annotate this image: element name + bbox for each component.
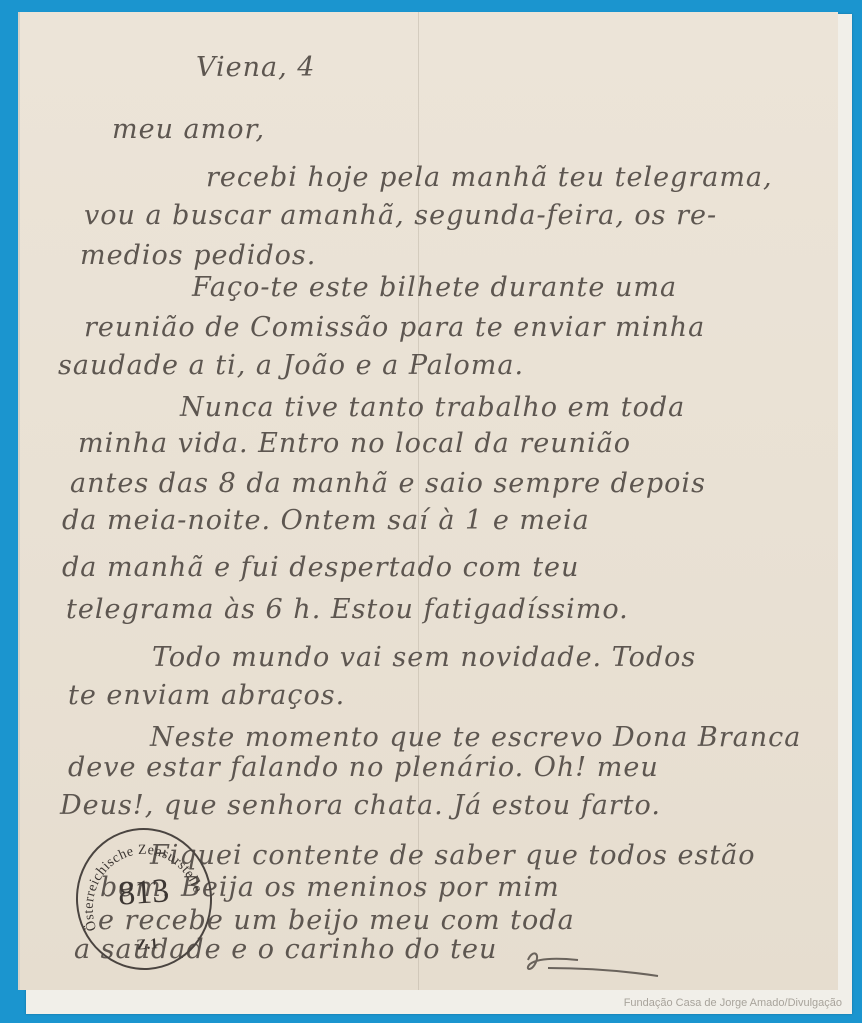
censor-stamp: Österreichische Zensurstelle 813 Z.1: [71, 823, 217, 974]
letter-line: te enviam abraços.: [68, 680, 345, 711]
letter-line: recebi hoje pela manhã teu telegrama,: [206, 162, 773, 193]
letter-line: Fiquei contente de saber que todos estão: [150, 840, 756, 871]
photo-credit: Fundação Casa de Jorge Amado/Divulgação: [624, 997, 842, 1009]
letter-line: da manhã e fui despertado com teu: [62, 552, 579, 583]
letter-line: vou a buscar amanhã, segunda-feira, os r…: [84, 200, 717, 231]
letter-line: Faço-te este bilhete durante uma: [192, 272, 677, 303]
letter-line: antes das 8 da manhã e saio sempre depoi…: [70, 468, 706, 499]
letter-line: saudade a ti, a João e a Paloma.: [58, 350, 524, 381]
letter-line: Deus!, que senhora chata. Já estou farto…: [60, 790, 661, 821]
letter-line: Nunca tive tanto trabalho em toda: [180, 392, 685, 423]
letter-line: minha vida. Entro no local da reunião: [78, 428, 631, 459]
letter-line: medios pedidos.: [80, 240, 316, 271]
letter-line: Viena, 4: [196, 52, 315, 83]
letter-line: deve estar falando no plenário. Oh! meu: [68, 752, 659, 783]
letter-line: da meia-noite. Ontem saí à 1 e meia: [62, 505, 590, 536]
letter-line: telegrama às 6 h. Estou fatigadíssimo.: [66, 594, 629, 625]
letter-line: meu amor,: [112, 114, 265, 145]
signature-scribble: [518, 948, 668, 978]
letter-line: Neste momento que te escrevo Dona Branca: [150, 722, 801, 753]
letter-line: Todo mundo vai sem novidade. Todos: [152, 642, 696, 673]
letter-line: reunião de Comissão para te enviar minha: [84, 312, 705, 343]
